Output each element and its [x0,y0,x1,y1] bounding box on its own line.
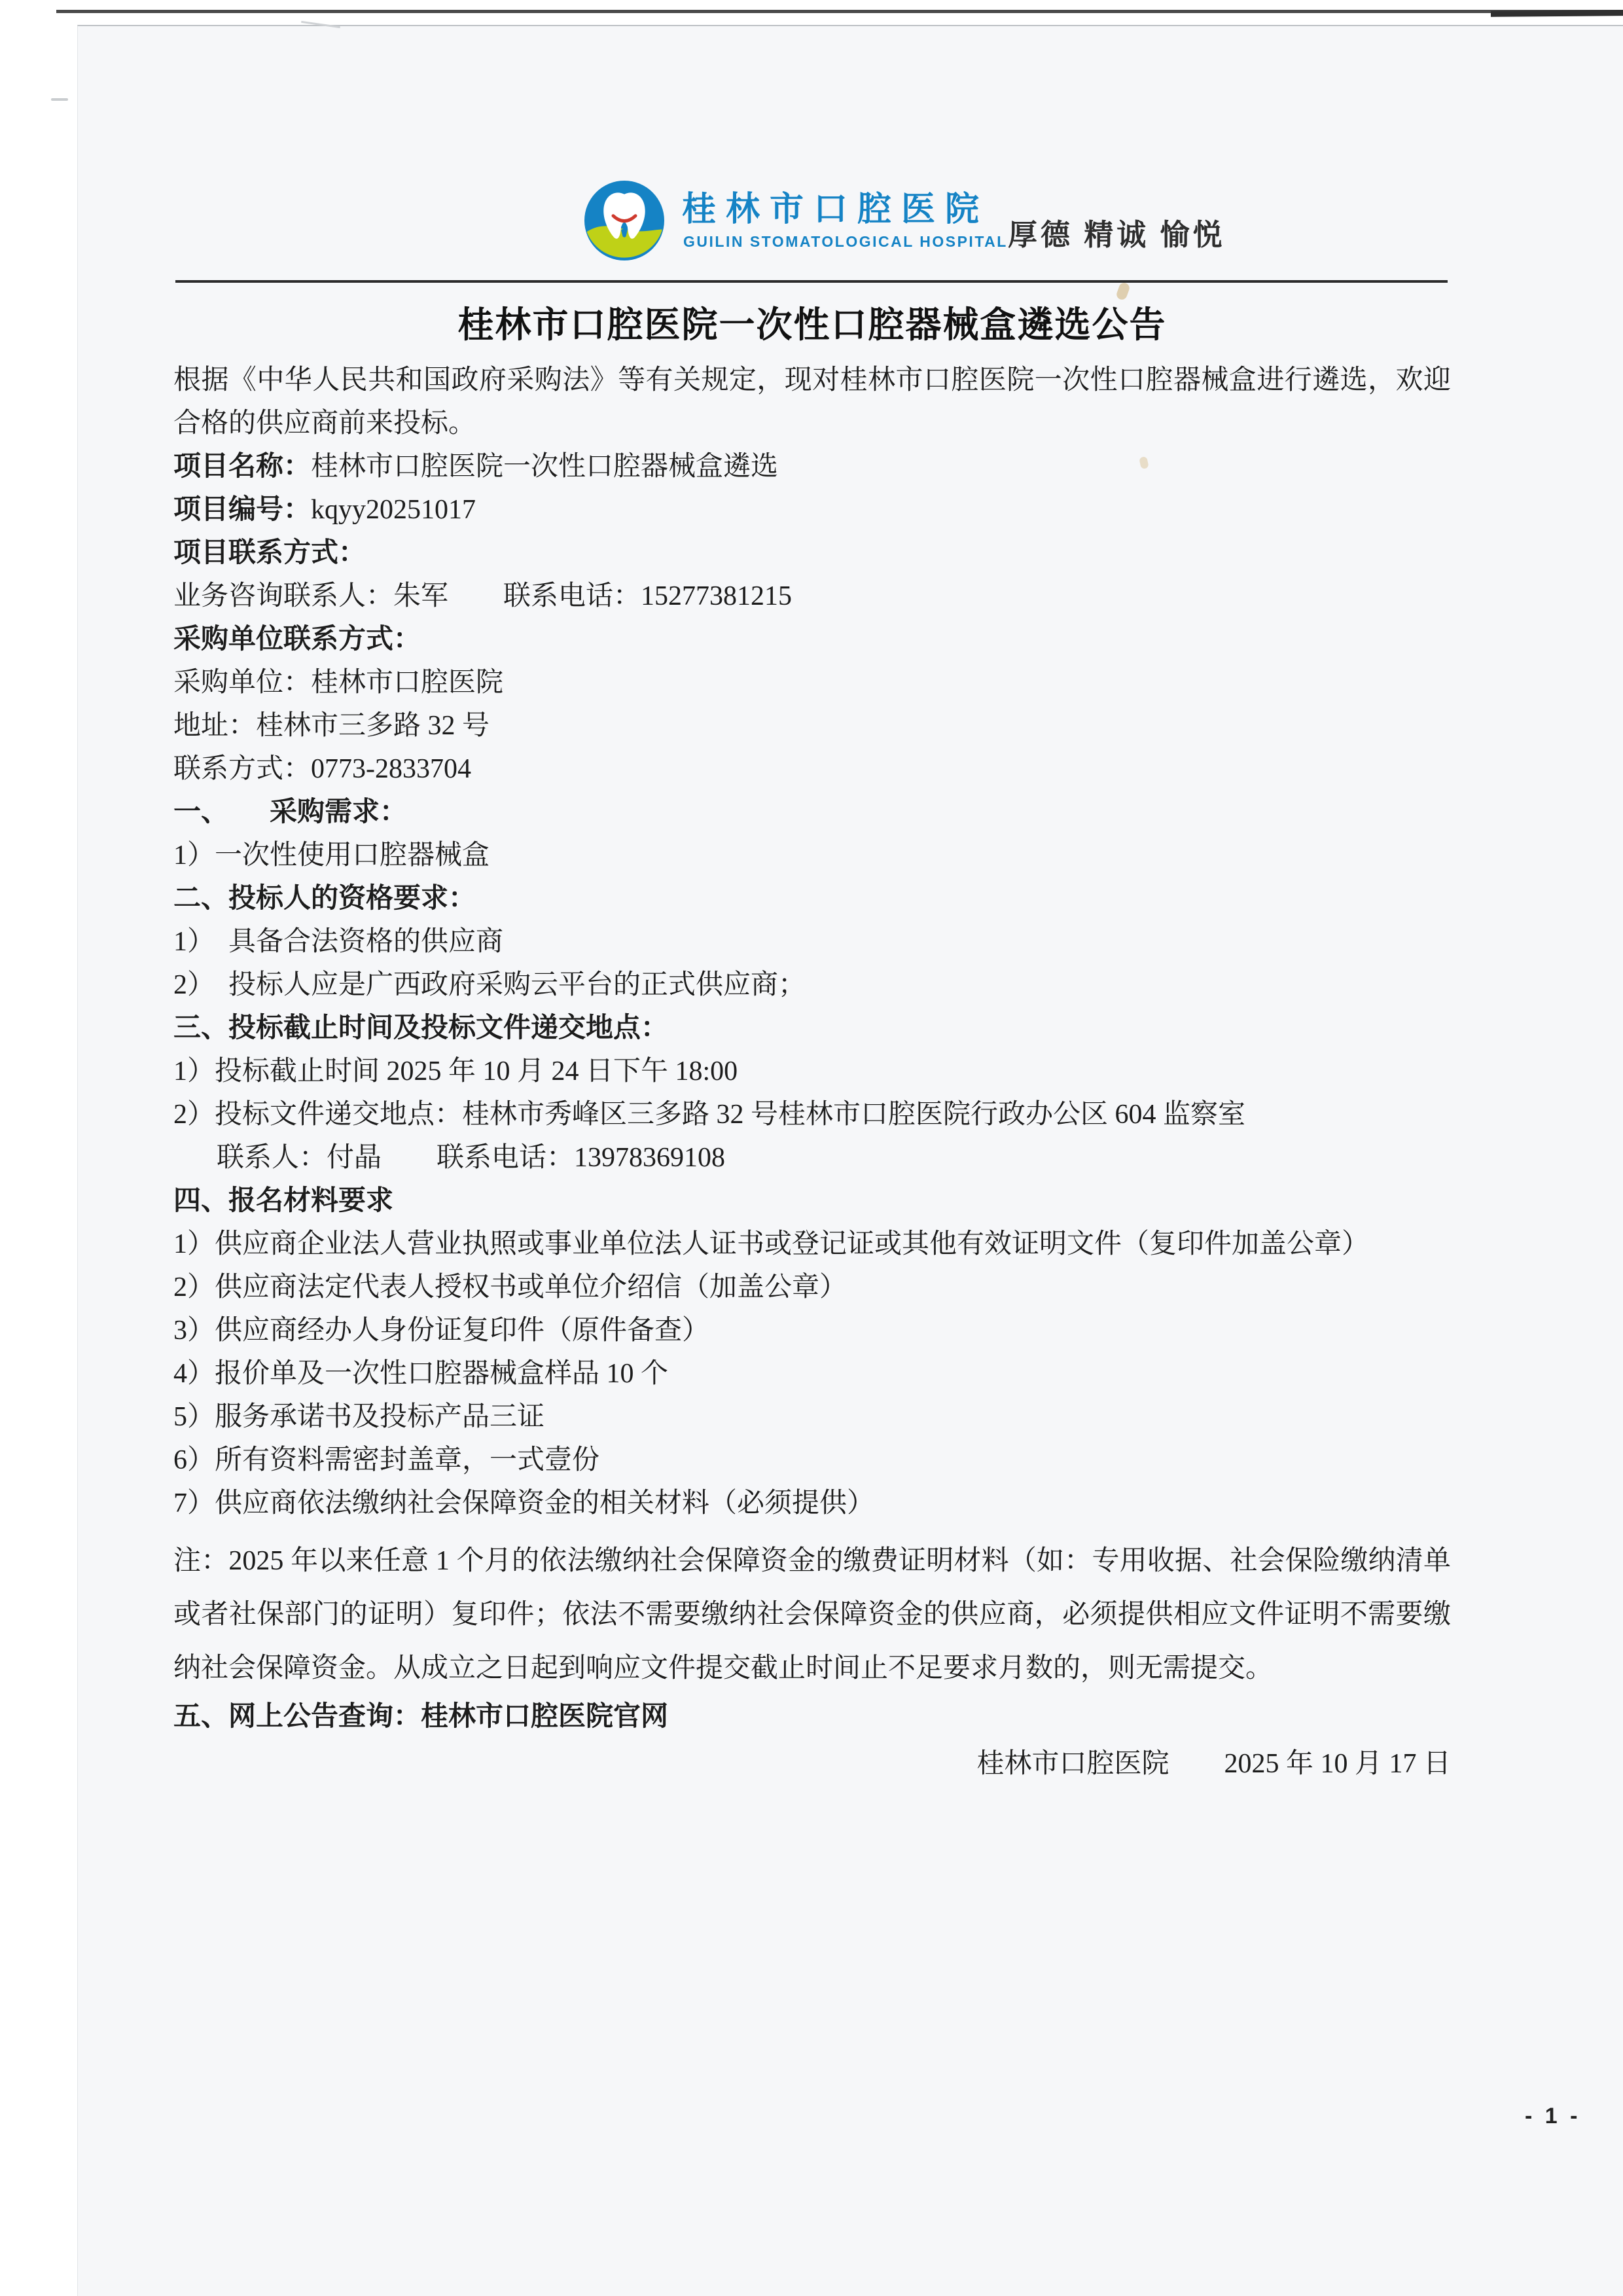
doc-line: 桂林市口腔医院 2025 年 10 月 17 日 [173,1742,1451,1785]
doc-line-text: 项目联系方式： [173,538,366,568]
doc-line: 6）所有资料需密封盖章，一式壹份 [173,1439,1451,1482]
doc-line: 三、投标截止时间及投标文件递交地点： [173,1007,1451,1050]
doc-line-text: 3）供应商经办人身份证复印件（原件备查） [173,1316,709,1346]
doc-line: 四、报名材料要求 [173,1179,1451,1223]
doc-line: 2）供应商法定代表人授权书或单位介绍信（加盖公章） [173,1266,1451,1309]
doc-line: 根据《中华人民共和国政府采购法》等有关规定，现对桂林市口腔医院一次性口腔器械盒进… [173,359,1451,445]
doc-line-text: 三、投标截止时间及投标文件递交地点： [173,1013,668,1043]
doc-line-text: 一、 采购需求： [173,797,407,827]
doc-line: 7）供应商依法缴纳社会保障资金的相关材料（必须提供） [173,1482,1451,1525]
document-body: 根据《中华人民共和国政府采购法》等有关规定，现对桂林市口腔医院一次性口腔器械盒进… [173,359,1451,1785]
doc-line-text: 4）报价单及一次性口腔器械盒样品 10 个 [173,1359,668,1389]
doc-line-text: 桂林市口腔医院一次性口腔器械盒遴选 [311,452,778,482]
doc-line-text: 2）供应商法定代表人授权书或单位介绍信（加盖公章） [173,1272,847,1302]
hospital-motto: 厚德 精诚 愉悦 [1008,211,1226,253]
doc-line: 项目编号：kqyy20251017 [173,488,1451,531]
doc-line-text: 联系人：付晶 联系电话：13978369108 [217,1143,725,1173]
doc-line: 注：2025 年以来任意 1 个月的依法缴纳社会保障资金的缴费证明材料（如：专用… [173,1534,1451,1695]
hospital-logo-name-en: GUILIN STOMATOLOGICAL HOSPITAL [683,233,1024,251]
doc-line-text: 1）投标截止时间 2025 年 10 月 24 日下午 18:00 [173,1056,738,1086]
doc-line: 1）供应商企业法人营业执照或事业单位法人证书或登记证或其他有效证明文件（复印件加… [173,1223,1451,1266]
doc-line-text: 五、网上公告查询：桂林市口腔医院官网 [173,1702,668,1732]
hospital-logo-icon [584,181,664,260]
doc-line: 五、网上公告查询：桂林市口腔医院官网 [173,1695,1451,1738]
doc-line: 2）投标文件递交地点：桂林市秀峰区三多路 32 号桂林市口腔医院行政办公区 60… [173,1093,1451,1136]
doc-line: 1）投标截止时间 2025 年 10 月 24 日下午 18:00 [173,1050,1451,1093]
doc-line-text: 采购单位联系方式： [173,624,421,655]
doc-line: 联系人：付晶 联系电话：13978369108 [173,1136,1451,1179]
doc-line-text: 1） 具备合法资格的供应商 [173,927,503,957]
doc-line: 采购单位：桂林市口腔医院 [173,661,1451,704]
doc-line-text: 2） 投标人应是广西政府采购云平台的正式供应商； [173,970,806,1000]
doc-line-text: 1）供应商企业法人营业执照或事业单位法人证书或登记证或其他有效证明文件（复印件加… [173,1229,1369,1259]
scan-speck [51,98,68,101]
scan-edge-line-heavy [1491,10,1623,17]
scan-edge-line [56,10,1623,13]
page-number: - 1 - [1525,2104,1580,2129]
doc-line: 1）一次性使用口腔器械盒 [173,834,1451,877]
doc-line: 联系方式：0773-2833704 [173,747,1451,791]
doc-line: 采购单位联系方式： [173,618,1451,661]
doc-line: 2） 投标人应是广西政府采购云平台的正式供应商； [173,963,1451,1007]
hospital-logo-name-cn: 桂林市口腔医院 [682,190,1022,229]
doc-line-text: 6）所有资料需密封盖章，一式壹份 [173,1445,599,1475]
doc-line: 地址：桂林市三多路 32 号 [173,704,1451,747]
doc-line: 4）报价单及一次性口腔器械盒样品 10 个 [173,1352,1451,1395]
doc-line-text: 7）供应商依法缴纳社会保障资金的相关材料（必须提供） [173,1488,874,1518]
doc-line-text: 业务咨询联系人：朱军 联系电话：15277381215 [173,581,792,611]
doc-line: 1） 具备合法资格的供应商 [173,920,1451,963]
header-divider-line [175,280,1448,283]
doc-line-text: 地址：桂林市三多路 32 号 [173,711,490,741]
doc-line-label: 项目名称： [173,452,311,482]
doc-line-text: 四、报名材料要求 [173,1186,393,1216]
doc-line-text: 二、投标人的资格要求： [173,884,476,914]
doc-line: 项目名称：桂林市口腔医院一次性口腔器械盒遴选 [173,445,1451,488]
doc-line-text: 联系方式：0773-2833704 [173,754,471,784]
doc-line: 5）服务承诺书及投标产品三证 [173,1395,1451,1439]
doc-line-text: 1）一次性使用口腔器械盒 [173,840,490,870]
doc-line-text: kqyy20251017 [311,495,476,525]
doc-line: 项目联系方式： [173,531,1451,575]
doc-line-text: 注：2025 年以来任意 1 个月的依法缴纳社会保障资金的缴费证明材料（如：专用… [173,1546,1451,1683]
doc-line-text: 桂林市口腔医院 2025 年 10 月 17 日 [976,1749,1451,1779]
doc-line: 二、投标人的资格要求： [173,877,1451,920]
doc-line: 一、 采购需求： [173,791,1451,834]
doc-line: 3）供应商经办人身份证复印件（原件备查） [173,1309,1451,1352]
doc-line-text: 5）服务承诺书及投标产品三证 [173,1402,544,1432]
doc-line-text: 2）投标文件递交地点：桂林市秀峰区三多路 32 号桂林市口腔医院行政办公区 60… [173,1100,1245,1130]
announcement-title: 桂林市口腔医院一次性口腔器械盒遴选公告 [173,296,1451,348]
doc-line-text: 采购单位：桂林市口腔医院 [173,668,503,698]
doc-line-label: 项目编号： [173,495,311,525]
doc-line: 业务咨询联系人：朱军 联系电话：15277381215 [173,575,1451,618]
doc-line-text: 根据《中华人民共和国政府采购法》等有关规定，现对桂林市口腔医院一次性口腔器械盒进… [173,365,1451,439]
